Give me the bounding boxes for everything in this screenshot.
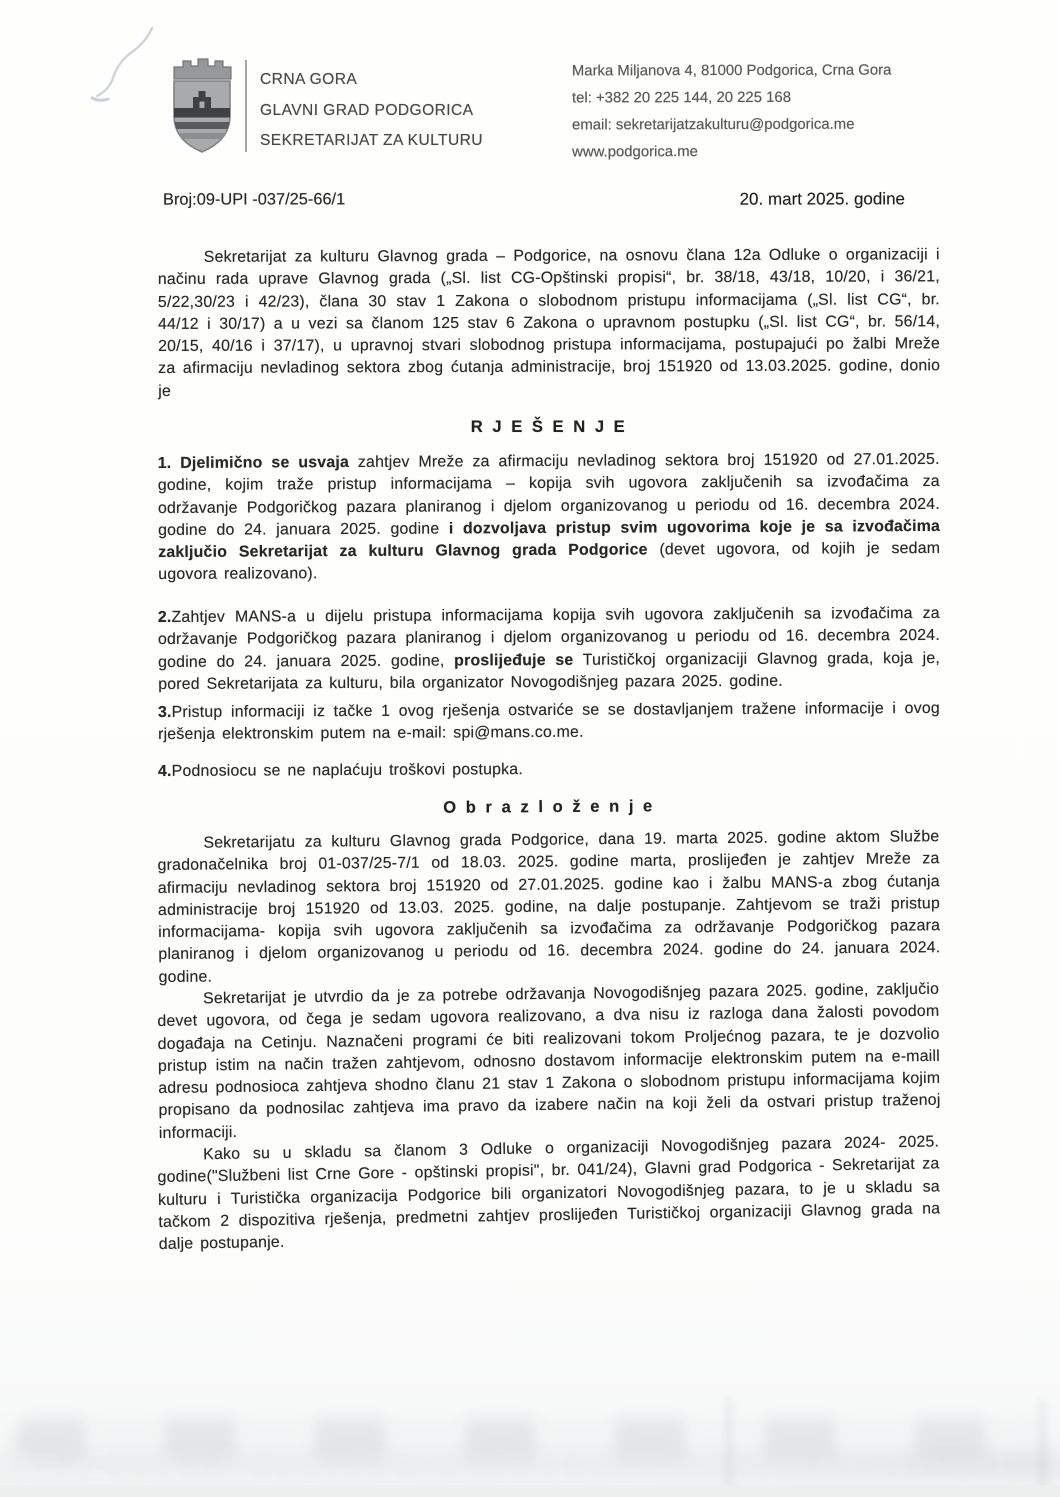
letterhead: CRNA GORA GLAVNI GRAD PODGORICA SEKRETAR…: [168, 56, 483, 157]
explanation-paragraph-2: Sekretarijat je utvrdio da je za potrebe…: [157, 979, 941, 1145]
contact-phone: tel: +382 20 225 144, 20 225 168: [572, 85, 892, 113]
org-city: GLAVNI GRAD PODGORICA: [260, 96, 483, 127]
org-name-block: CRNA GORA GLAVNI GRAD PODGORICA SEKRETAR…: [260, 56, 483, 157]
scan-edge: [0, 1485, 1060, 1497]
reference-number: Broj:09-UPI -037/25-66/1: [163, 190, 345, 210]
document-date: 20. mart 2025. godine: [740, 189, 905, 209]
document-page: CRNA GORA GLAVNI GRAD PODGORICA SEKRETAR…: [0, 0, 1060, 1497]
contact-address: Marka Miljanova 4, 81000 Podgorica, Crna…: [572, 58, 892, 86]
scan-smudge: [0, 1452, 1060, 1478]
org-department: SEKRETARIJAT ZA KULTURU: [260, 126, 483, 157]
explanation-title: O b r a z l o ž e n j e: [158, 794, 940, 819]
decision-point-1: 1. Djelimično se usvaja zahtjev Mreže za…: [158, 449, 941, 587]
scan-streak: [1040, 1400, 1046, 1490]
letterhead-divider: [245, 60, 247, 152]
explanation-paragraph-1: Sekretarijatu za kulturu Glavnog grada P…: [157, 826, 940, 989]
reference-line: Broj:09-UPI -037/25-66/1 20. mart 2025. …: [163, 189, 905, 210]
document-body: Sekretarijat za kulturu Glavnog grada – …: [158, 247, 940, 1257]
point-2-number: 2.: [158, 609, 172, 626]
contact-website: www.podgorica.me: [572, 139, 892, 167]
decision-title: R J E Š E N J E: [158, 417, 940, 437]
contact-email: email: sekretarijatzakulturu@podgorica.m…: [572, 112, 892, 140]
decision-point-4: 4.Podnosiocu se ne naplaćuju troškovi po…: [158, 757, 940, 783]
point-4-text: Podnosiocu se ne naplaćuju troškovi post…: [172, 761, 523, 780]
point-3-number: 3.: [158, 704, 172, 721]
podgorica-coat-of-arms-logo: [168, 56, 236, 156]
org-country: CRNA GORA: [260, 65, 483, 96]
decision-point-2: 2.Zahtjev MANS-a u dijelu pristupa infor…: [158, 603, 940, 696]
decision-point-3: 3.Pristup informaciji iz tačke 1 ovog rj…: [158, 698, 940, 747]
point-2-bold: proslijeđuje se: [454, 651, 573, 669]
point-3-text: Pristup informaciji iz tačke 1 ovog rješ…: [158, 700, 940, 743]
scan-streak: [726, 1400, 732, 1490]
scan-smudge: [15, 1418, 1050, 1460]
intro-paragraph: Sekretarijat za kulturu Glavnog grada – …: [158, 244, 941, 403]
point-4-number: 4.: [158, 763, 172, 780]
point-1-lead-bold: 1. Djelimično se usvaja: [158, 454, 349, 472]
contact-block: Marka Miljanova 4, 81000 Podgorica, Crna…: [572, 58, 892, 167]
pencil-mark: [40, 10, 180, 120]
explanation-paragraph-3: Kako su u skladu sa članom 3 Odluke o or…: [157, 1131, 941, 1256]
